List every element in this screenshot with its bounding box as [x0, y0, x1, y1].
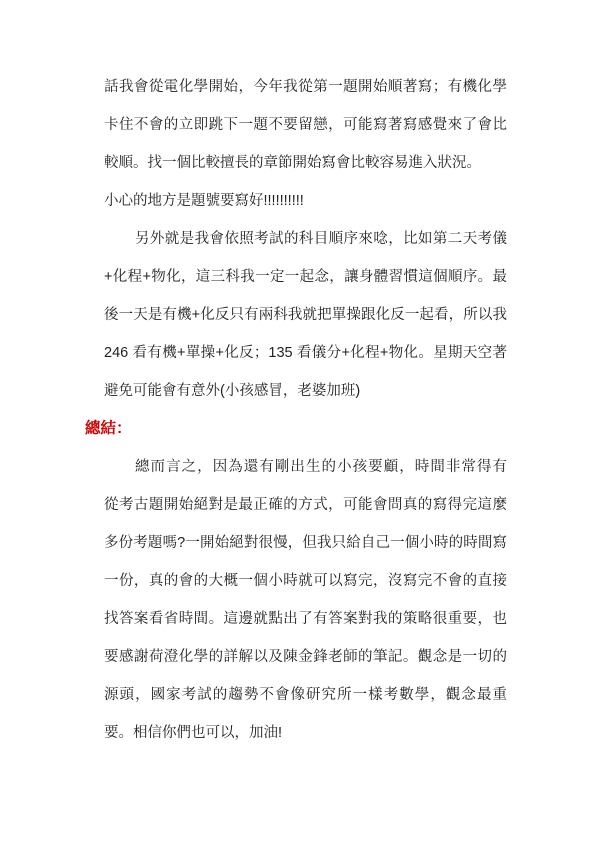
text-line: 較順。找一個比較擅長的章節開始寫會比較容易進入狀況。: [104, 144, 507, 182]
section-heading: 總結：: [85, 410, 507, 448]
text-line: 源頭，國家考試的趨勢不會像研究所一樣考數學，觀念最重: [104, 676, 507, 714]
text-line: 246 看有機+單操+化反；135 看儀分+化程+物化。星期天空著: [104, 334, 507, 372]
text-line: 話我會從電化學開始，今年我從第一題開始順著寫；有機化學: [104, 68, 507, 106]
text-line: 要感謝荷澄化學的詳解以及陳金鋒老師的筆記。觀念是一切的: [104, 638, 507, 676]
text-line: 小心的地方是題號要寫好!!!!!!!!!!: [104, 182, 507, 220]
text-line: 另外就是我會依照考試的科目順序來唸，比如第二天考儀分: [104, 220, 507, 258]
text-line: 總而言之，因為還有剛出生的小孩要顧，時間非常得有限。: [104, 448, 507, 486]
text-line: 從考古題開始絕對是最正確的方式，可能會問真的寫得完這麼: [104, 486, 507, 524]
text-line: +化程+物化，這三科我一定一起念，讓身體習慣這個順序。最: [104, 258, 507, 296]
text-line: 多份考題嗎?一開始絕對很慢，但我只給自己一個小時的時間寫: [104, 524, 507, 562]
text-line: 避免可能會有意外(小孩感冒，老婆加班): [104, 372, 507, 410]
text-line: 後一天是有機+化反只有兩科我就把單操跟化反一起看，所以我: [104, 296, 507, 334]
text-line: 一份，真的會的大概一個小時就可以寫完，沒寫完不會的直接: [104, 562, 507, 600]
text-line: 卡住不會的立即跳下一題不要留戀，可能寫著寫感覺來了會比: [104, 106, 507, 144]
text-line: 找答案看省時間。這邊就點出了有答案對我的策略很重要，也: [104, 600, 507, 638]
document-page: 話我會從電化學開始，今年我從第一題開始順著寫；有機化學 卡住不會的立即跳下一題不…: [0, 0, 600, 848]
text-line: 要。相信你們也可以，加油!: [104, 714, 507, 752]
text-block: 話我會從電化學開始，今年我從第一題開始順著寫；有機化學 卡住不會的立即跳下一題不…: [85, 68, 507, 752]
